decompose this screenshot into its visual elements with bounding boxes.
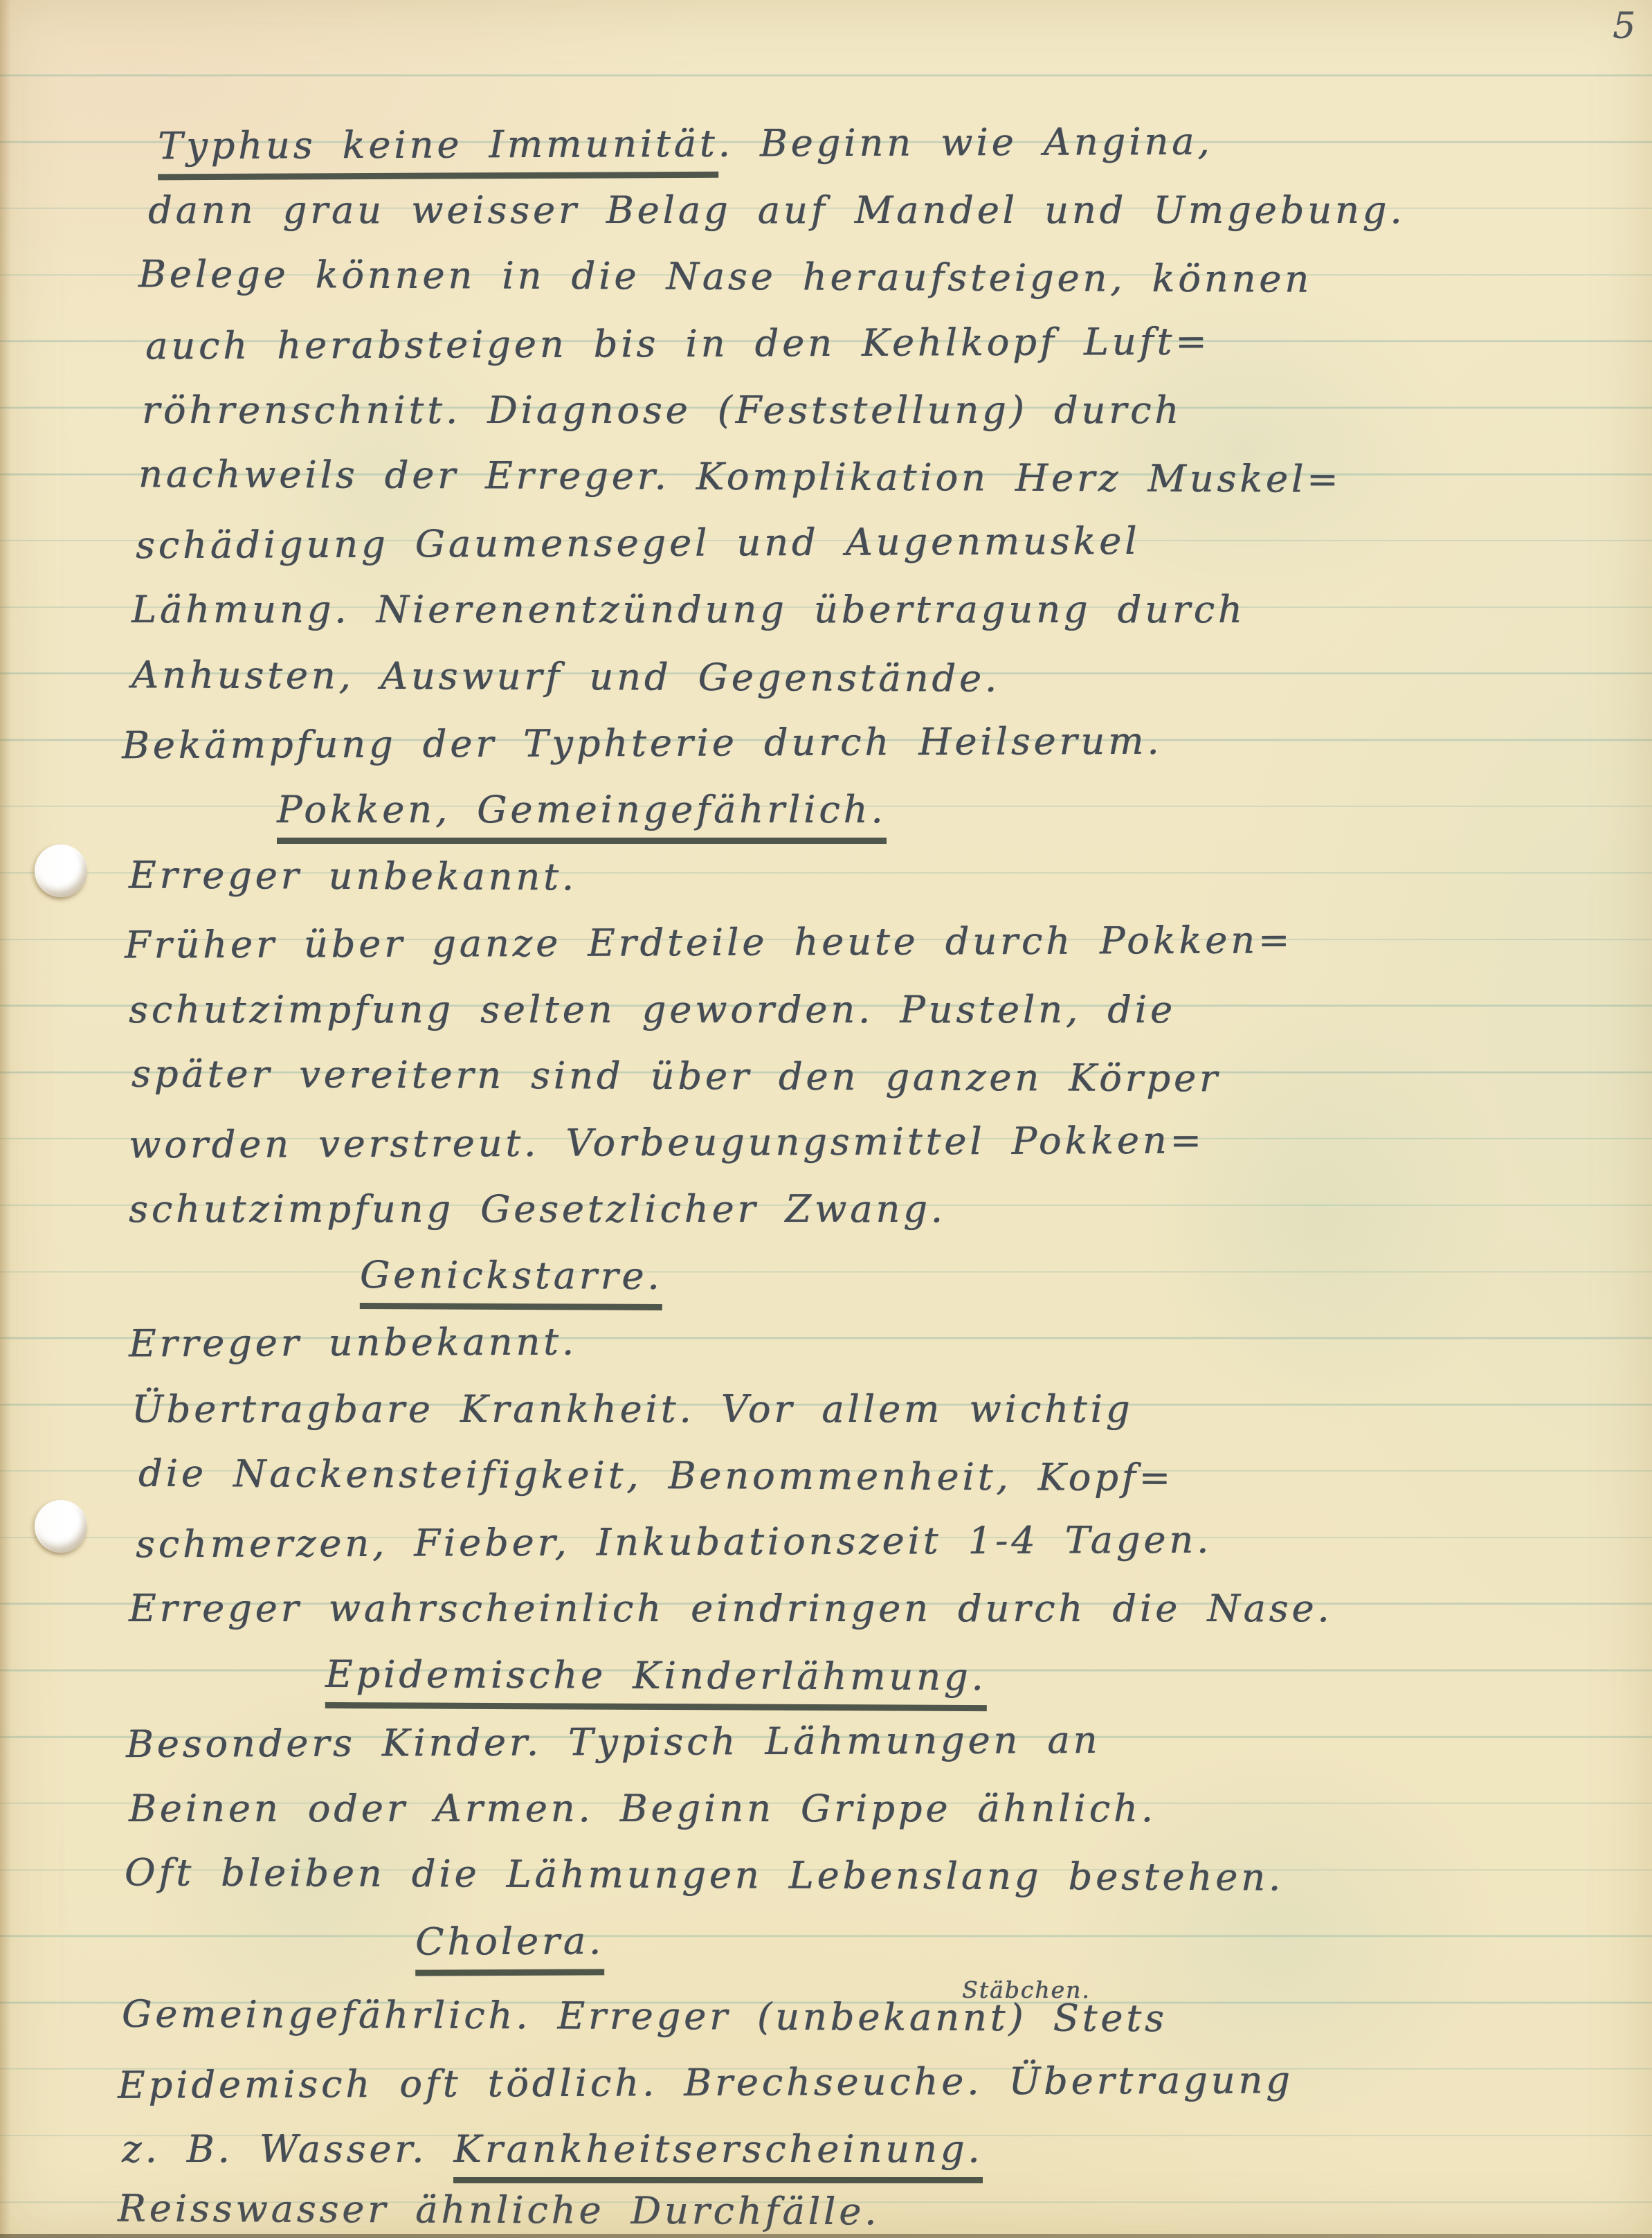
- handwritten-line: z. B. Wasser. Krankheitserscheinung.: [122, 2131, 983, 2168]
- text-segment: Reisswasser ähnliche Durchfälle.: [118, 2187, 880, 2234]
- handwritten-line: röhrenschnitt. Diagnose (Feststellung) d…: [142, 392, 1182, 429]
- text-segment: Gemeingefährlich. Erreger (unbekannt) St…: [122, 1992, 1168, 2041]
- underlined-text: Genickstarre.: [360, 1253, 663, 1310]
- text-segment: Erreger unbekannt.: [129, 854, 577, 899]
- text-segment: Übertragbare Krankheit. Vor allem wichti…: [131, 1387, 1133, 1431]
- handwritten-line: schmerzen, Fieber, Inkubationszeit 1-4 T…: [136, 1522, 1212, 1564]
- text-segment: Oft bleiben die Lähmungen Lebenslang bes…: [125, 1850, 1284, 1899]
- scan-edge-bottom: [0, 2234, 1652, 2238]
- handwritten-line: schutzimpfung Gesetzlicher Zwang.: [129, 1191, 946, 1228]
- handwritten-line: Bekämpfung der Typhterie durch Heilserum…: [122, 723, 1163, 765]
- text-segment: schutzimpfung selten geworden. Pusteln, …: [129, 988, 1176, 1031]
- text-segment: Belege können in die Nase heraufsteigen,…: [138, 252, 1312, 300]
- text-segment: schmerzen, Fieber, Inkubationszeit 1-4 T…: [136, 1518, 1212, 1567]
- handwritten-line: Oft bleiben die Lähmungen Lebenslang bes…: [125, 1854, 1284, 1896]
- handwriting-layer: Typhus keine Immunität. Beginn wie Angin…: [0, 0, 1652, 2238]
- text-segment: später vereitern sind über den ganzen Kö…: [131, 1052, 1221, 1101]
- text-segment: Erreger wahrscheinlich eindringen durch …: [129, 1587, 1332, 1630]
- section-heading: Cholera.: [415, 1922, 604, 1960]
- handwritten-line: später vereitern sind über den ganzen Kö…: [131, 1056, 1221, 1098]
- handwritten-line: Epidemisch oft tödlich. Brechseuche. Übe…: [118, 2061, 1294, 2104]
- section-heading: Genickstarre.: [360, 1256, 663, 1295]
- underlined-text: Krankheitserscheinung.: [453, 2127, 983, 2183]
- text-segment: . Beginn wie Angina,: [718, 120, 1213, 165]
- handwritten-line: Früher über ganze Erdteile heute durch P…: [125, 921, 1293, 964]
- handwritten-line: schutzimpfung selten geworden. Pusteln, …: [129, 991, 1176, 1029]
- text-segment: Beinen oder Armen. Beginn Grippe ähnlich…: [129, 1787, 1156, 1830]
- handwritten-line: Besonders Kinder. Typisch Lähmungen an: [126, 1722, 1101, 1763]
- handwritten-line: Typhus keine Immunität. Beginn wie Angin…: [158, 123, 1213, 165]
- handwritten-line: auch herabsteigen bis in den Kehlkopf Lu…: [145, 323, 1210, 366]
- text-segment: Anhusten, Auswurf und Gegenstände.: [131, 653, 1000, 700]
- text-segment: worden verstreut. Vorbeugungsmittel Pokk…: [129, 1119, 1205, 1167]
- text-segment: die Nackensteifigkeit, Benommenheit, Kop…: [138, 1452, 1174, 1500]
- text-segment: Besonders Kinder. Typisch Lähmungen an: [126, 1718, 1101, 1766]
- text-segment: auch herabsteigen bis in den Kehlkopf Lu…: [145, 320, 1210, 368]
- underlined-text: Typhus keine Immunität: [158, 122, 718, 181]
- handwritten-line: Erreger unbekannt.: [129, 1324, 577, 1363]
- text-segment: Lähmung. Nierenentzündung übertragung du…: [131, 588, 1246, 631]
- handwritten-line: die Nackensteifigkeit, Benommenheit, Kop…: [138, 1455, 1174, 1497]
- handwritten-line: schädigung Gaumensegel und Augenmuskel: [136, 523, 1141, 564]
- handwritten-line: Anhusten, Auswurf und Gegenstände.: [131, 656, 1000, 697]
- text-segment: Erreger unbekannt.: [129, 1320, 577, 1366]
- handwritten-line: Gemeingefährlich. Erreger (unbekannt) St…: [122, 1996, 1168, 2038]
- handwritten-line: Übertragbare Krankheit. Vor allem wichti…: [131, 1391, 1133, 1428]
- handwritten-line: nachweils der Erreger. Komplikation Herz…: [138, 455, 1342, 498]
- handwritten-line: Reisswasser ähnliche Durchfälle.: [118, 2190, 880, 2231]
- section-heading: Pokken, Gemeingefährlich.: [277, 791, 887, 829]
- handwritten-line: Beinen oder Armen. Beginn Grippe ähnlich…: [129, 1790, 1156, 1828]
- handwritten-line: dann grau weisser Belag auf Mandel und U…: [148, 192, 1405, 229]
- scan-edge-left: [0, 0, 11, 2238]
- text-segment: z. B. Wasser.: [122, 2127, 453, 2171]
- text-segment: schädigung Gaumensegel und Augenmuskel: [136, 519, 1141, 567]
- handwritten-line: Erreger wahrscheinlich eindringen durch …: [129, 1590, 1332, 1627]
- section-heading: Epidemische Kinderlähmung.: [325, 1656, 987, 1696]
- handwritten-line: Lähmung. Nierenentzündung übertragung du…: [131, 591, 1246, 629]
- handwritten-line: worden verstreut. Vorbeugungsmittel Pokk…: [129, 1122, 1205, 1164]
- handwritten-line: Erreger unbekannt.: [129, 857, 577, 896]
- underlined-text: Pokken, Gemeingefährlich.: [277, 788, 887, 844]
- underlined-text: Epidemische Kinderlähmung.: [325, 1652, 987, 1711]
- text-segment: nachweils der Erreger. Komplikation Herz…: [138, 452, 1342, 501]
- text-segment: Epidemisch oft tödlich. Brechseuche. Übe…: [118, 2058, 1294, 2106]
- text-segment: Bekämpfung der Typhterie durch Heilserum…: [122, 719, 1163, 768]
- text-segment: dann grau weisser Belag auf Mandel und U…: [148, 188, 1405, 232]
- text-segment: Früher über ganze Erdteile heute durch P…: [125, 918, 1293, 966]
- underlined-text: Cholera.: [415, 1919, 604, 1976]
- text-segment: röhrenschnitt. Diagnose (Feststellung) d…: [142, 388, 1182, 432]
- handwritten-line: Belege können in die Nase heraufsteigen,…: [138, 255, 1312, 298]
- text-segment: schutzimpfung Gesetzlicher Zwang.: [129, 1187, 946, 1231]
- notebook-page: 5 Typhus keine Immunität. Beginn wie Ang…: [0, 0, 1652, 2238]
